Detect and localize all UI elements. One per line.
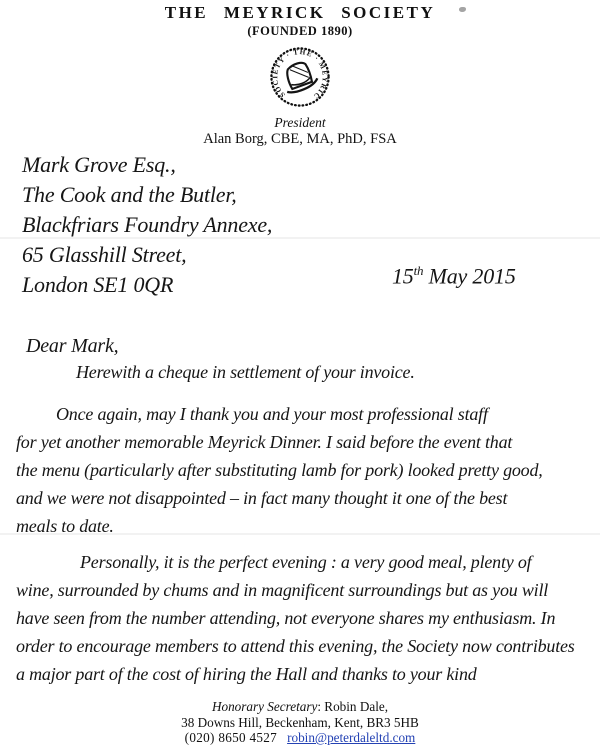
footer-address: 38 Downs Hill, Beckenham, Kent, BR3 5HB <box>0 715 600 731</box>
president-label: President <box>0 115 600 131</box>
letterhead: THE MEYRICK SOCIETY (FOUNDED 1890) SOCIE… <box>0 3 600 148</box>
letter-body: Dear Mark, Herewith a cheque in settleme… <box>16 334 592 688</box>
body-line: and we were not disappointed – in fact m… <box>16 484 592 512</box>
paragraph-3: Personally, it is the perfect evening : … <box>16 548 592 688</box>
address-line: London SE1 0QR <box>22 270 272 300</box>
top-hat-seal-icon: SOCIETY · THE · MEYRICK <box>269 46 331 108</box>
address-line: Blackfriars Foundry Annexe, <box>22 210 272 240</box>
letter-footer: Honorary Secretary: Robin Dale, 38 Downs… <box>0 699 600 746</box>
address-line: The Cook and the Butler, <box>22 180 272 210</box>
date-day: 15 <box>392 263 414 288</box>
body-line: Once again, may I thank you and your mos… <box>56 400 592 428</box>
date-month-year: May 2015 <box>423 263 515 288</box>
address-line: Mark Grove Esq., <box>22 150 272 180</box>
contact-line: (020) 8650 4527robin@peterdaleltd.com <box>0 730 600 746</box>
society-title: THE MEYRICK SOCIETY <box>0 3 600 23</box>
paragraph-2: Once again, may I thank you and your mos… <box>16 400 592 540</box>
body-line: the menu (particularly after substitutin… <box>16 456 592 484</box>
founded-line: (FOUNDED 1890) <box>0 24 600 39</box>
body-line: have seen from the number attending, not… <box>16 604 592 632</box>
body-line: wine, surrounded by chums and in magnifi… <box>16 576 592 604</box>
letter-date: 15th May 2015 <box>392 263 516 289</box>
address-line: 65 Glasshill Street, <box>22 240 272 270</box>
body-line: a major part of the cost of hiring the H… <box>16 660 592 688</box>
body-line: for yet another memorable Meyrick Dinner… <box>16 428 592 456</box>
salutation: Dear Mark, <box>26 334 592 358</box>
secretary-line: Honorary Secretary: Robin Dale, <box>0 699 600 715</box>
footer-phone: (020) 8650 4527 <box>185 730 277 745</box>
secretary-name: : Robin Dale, <box>317 699 388 714</box>
body-line: order to encourage members to attend thi… <box>16 632 592 660</box>
body-line: meals to date. <box>16 512 592 540</box>
email-link[interactable]: robin@peterdaleltd.com <box>287 730 415 745</box>
date-ordinal: th <box>414 263 424 278</box>
society-seal: SOCIETY · THE · MEYRICK <box>0 46 600 113</box>
president-name: Alan Borg, CBE, MA, PhD, FSA <box>0 131 600 148</box>
letter-page: THE MEYRICK SOCIETY (FOUNDED 1890) SOCIE… <box>0 0 600 750</box>
body-line: Personally, it is the perfect evening : … <box>80 548 592 576</box>
secretary-label: Honorary Secretary <box>212 699 317 714</box>
body-line: Herewith a cheque in settlement of your … <box>76 358 592 386</box>
recipient-address: Mark Grove Esq., The Cook and the Butler… <box>22 150 272 300</box>
